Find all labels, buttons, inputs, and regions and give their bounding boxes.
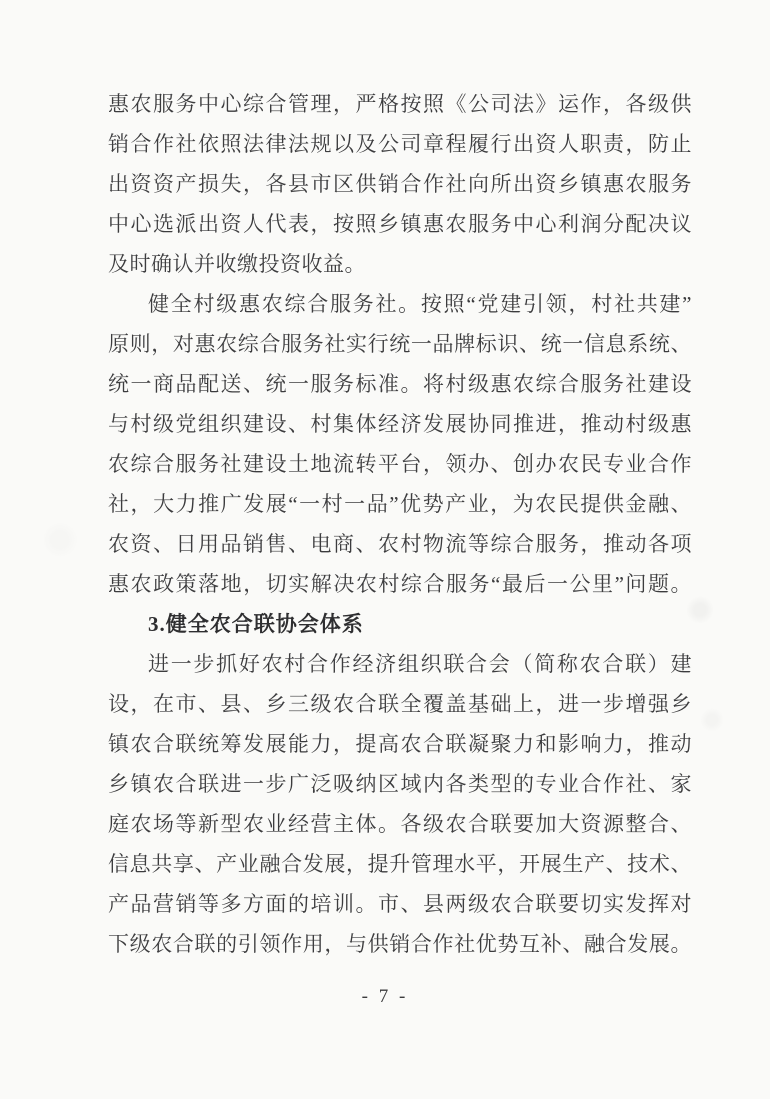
text-line: 原则，对惠农综合服务社实行统一品牌标识、统一信息系统、 bbox=[108, 324, 692, 364]
text-line: 统一商品配送、统一服务标准。将村级惠农综合服务社建设 bbox=[108, 364, 692, 404]
text-line: 下级农合联的引领作用，与供销合作社优势互补、融合发展。 bbox=[108, 924, 692, 964]
text-line: 及时确认并收缴投资收益。 bbox=[108, 244, 692, 284]
text-line: 中心选派出资人代表，按照乡镇惠农服务中心利润分配决议 bbox=[108, 204, 692, 244]
text-line: 社，大力推广发展“一村一品”优势产业，为农民提供金融、 bbox=[108, 484, 692, 524]
page-body-text: 惠农服务中心综合管理，严格按照《公司法》运作，各级供销合作社依照法律法规以及公司… bbox=[108, 84, 692, 964]
text-line: 庭农场等新型农业经营主体。各级农合联要加大资源整合、 bbox=[108, 804, 692, 844]
text-line: 与村级党组织建设、村集体经济发展协同推进，推动村级惠 bbox=[108, 404, 692, 444]
text-line: 出资资产损失，各县市区供销合作社向所出资乡镇惠农服务 bbox=[108, 164, 692, 204]
text-line: 乡镇农合联进一步广泛吸纳区域内各类型的专业合作社、家 bbox=[108, 764, 692, 804]
text-line: 产品营销等多方面的培训。市、县两级农合联要切实发挥对 bbox=[108, 884, 692, 924]
page-number: - 7 - bbox=[0, 984, 770, 1010]
document-page: 惠农服务中心综合管理，严格按照《公司法》运作，各级供销合作社依照法律法规以及公司… bbox=[0, 0, 770, 1099]
text-line: 信息共享、产业融合发展，提升管理水平，开展生产、技术、 bbox=[108, 844, 692, 884]
section-heading: 3.健全农合联协会体系 bbox=[108, 604, 692, 644]
text-line: 设，在市、县、乡三级农合联全覆盖基础上，进一步增强乡 bbox=[108, 684, 692, 724]
text-line: 惠农服务中心综合管理，严格按照《公司法》运作，各级供 bbox=[108, 84, 692, 124]
text-line: 镇农合联统筹发展能力，提高农合联凝聚力和影响力，推动 bbox=[108, 724, 692, 764]
text-line: 农综合服务社建设土地流转平台，领办、创办农民专业合作 bbox=[108, 444, 692, 484]
text-line: 销合作社依照法律法规以及公司章程履行出资人职责，防止 bbox=[108, 124, 692, 164]
text-line: 惠农政策落地，切实解决农村综合服务“最后一公里”问题。 bbox=[108, 564, 692, 604]
text-line: 进一步抓好农村合作经济组织联合会（简称农合联）建 bbox=[108, 644, 692, 684]
text-line: 健全村级惠农综合服务社。按照“党建引领，村社共建” bbox=[108, 284, 692, 324]
text-line: 农资、日用品销售、电商、农村物流等综合服务，推动各项 bbox=[108, 524, 692, 564]
